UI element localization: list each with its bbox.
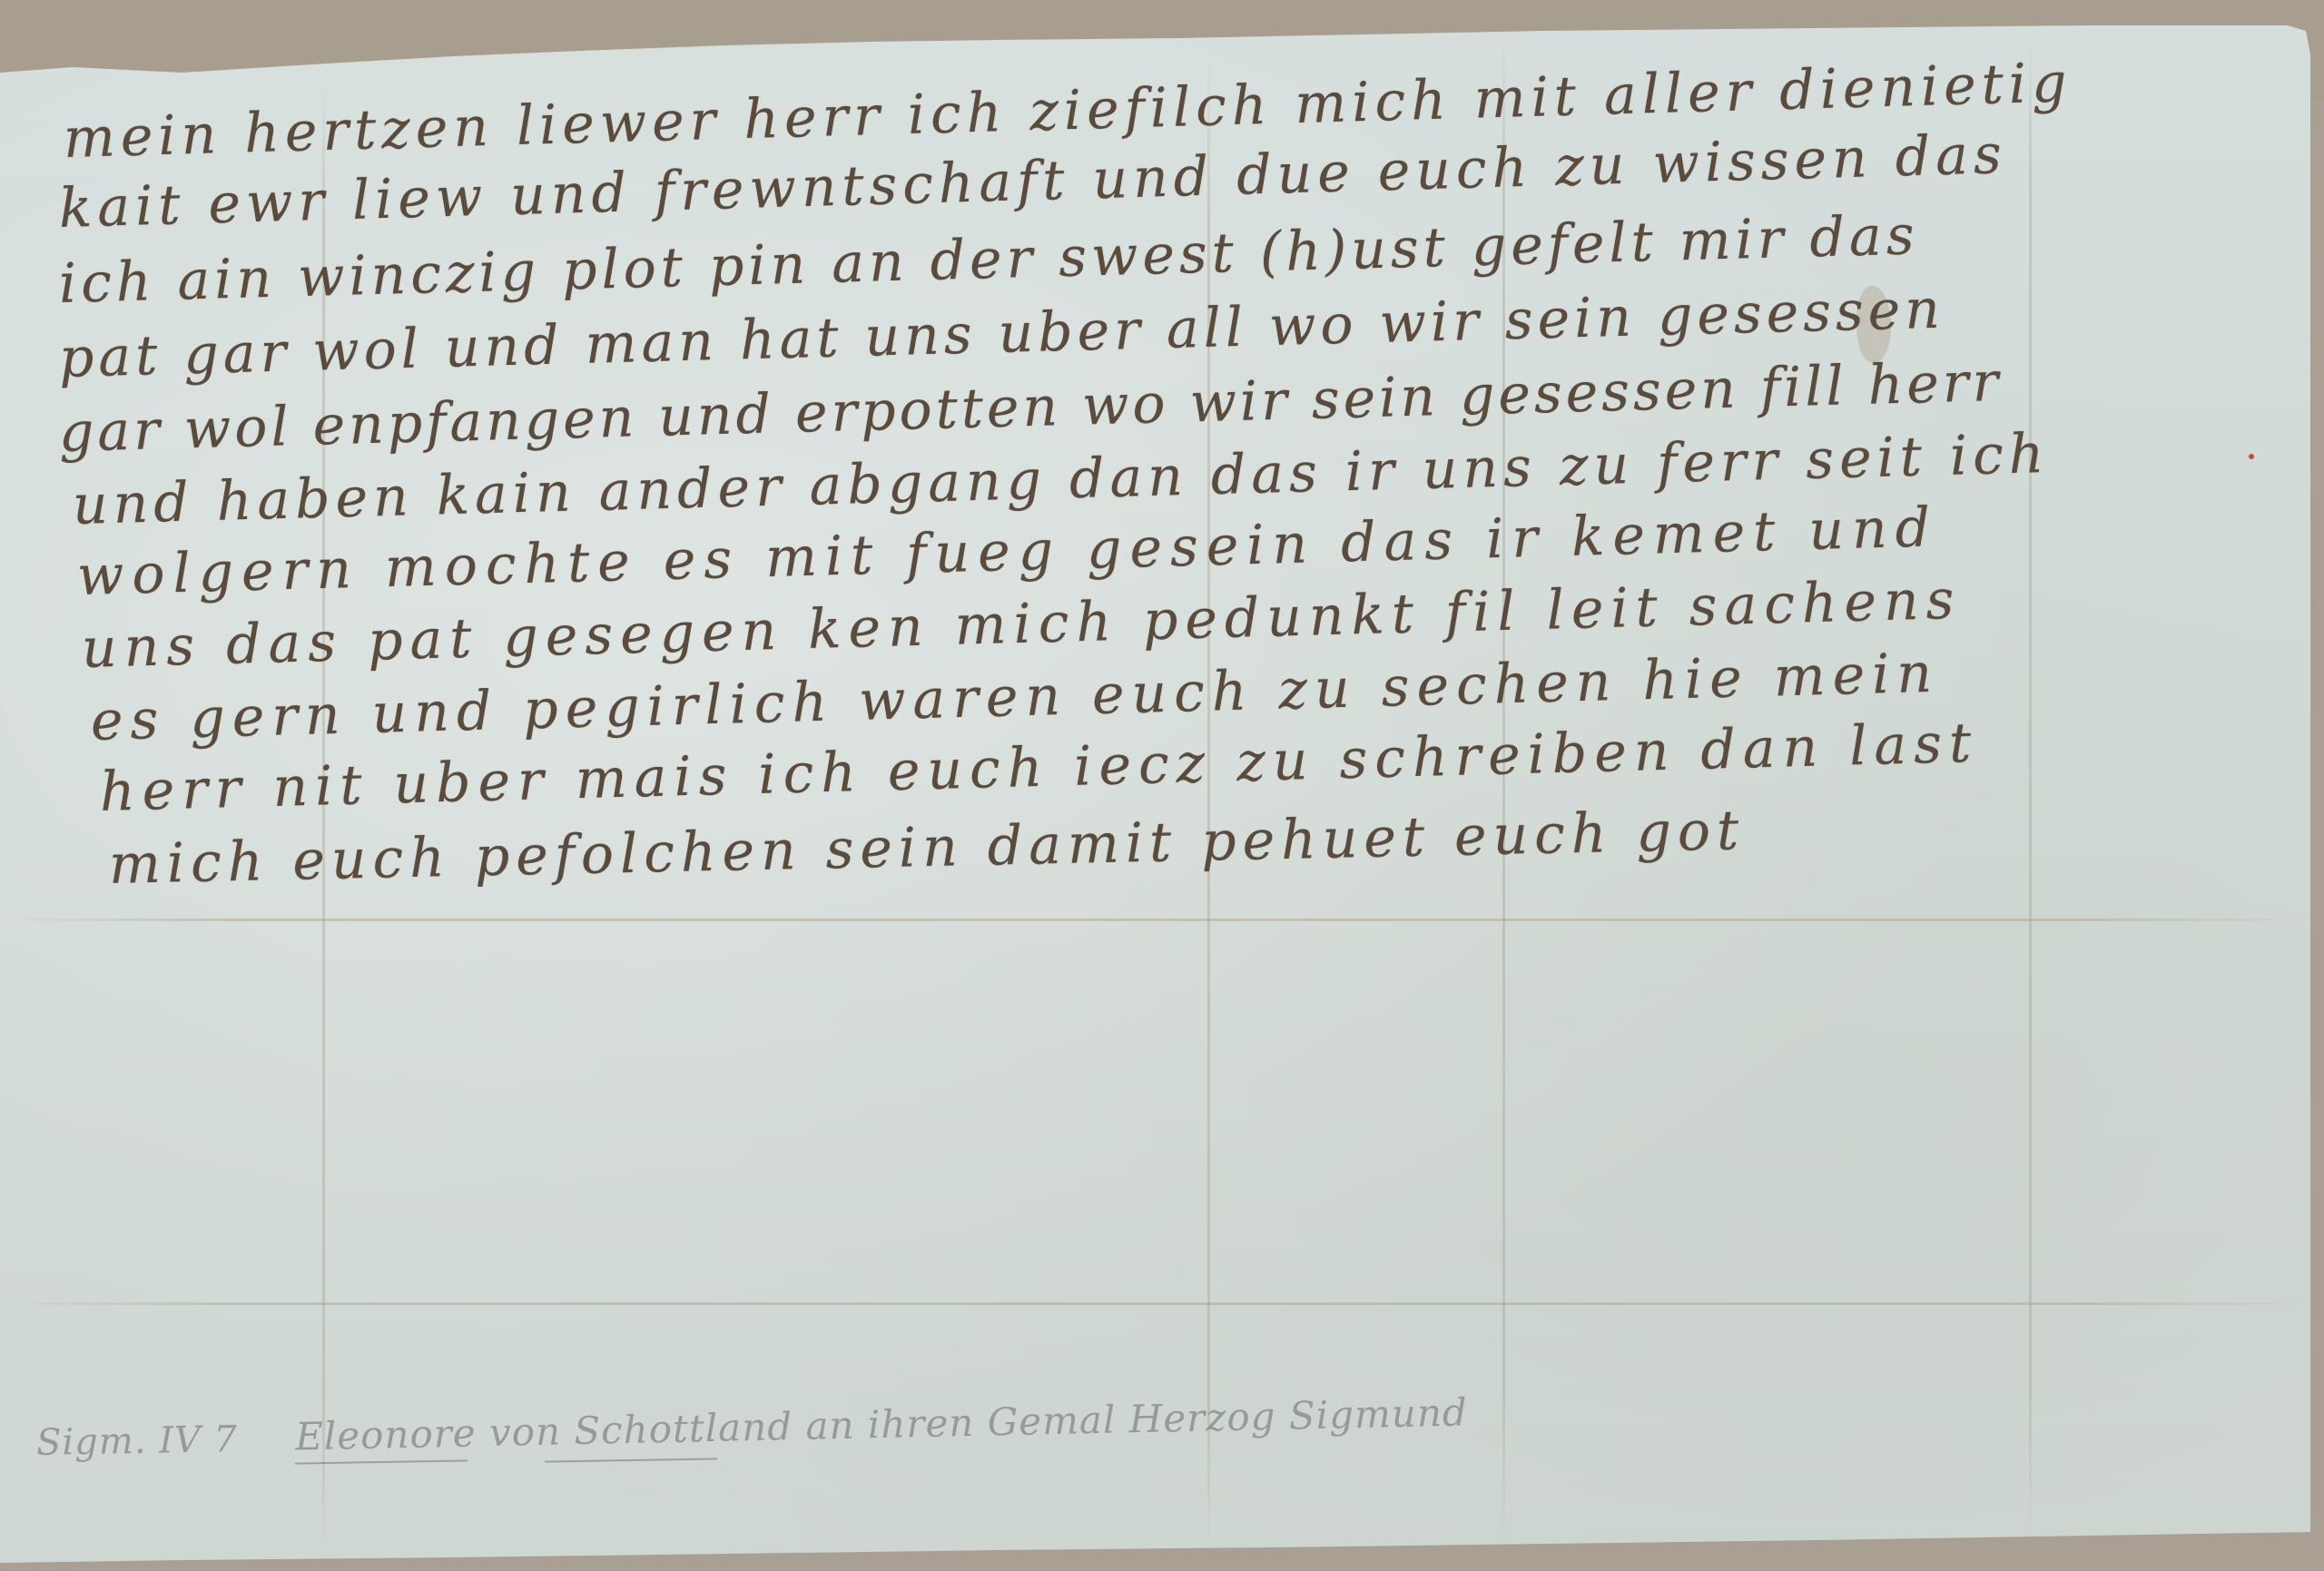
archive-reference: Sigm. IV 7 [36,1419,239,1464]
red-mark [2249,454,2254,459]
fold-line [0,1302,2310,1305]
fold-line [2029,36,2032,1534]
fold-line [1207,64,1210,1552]
fold-line [0,918,2310,921]
